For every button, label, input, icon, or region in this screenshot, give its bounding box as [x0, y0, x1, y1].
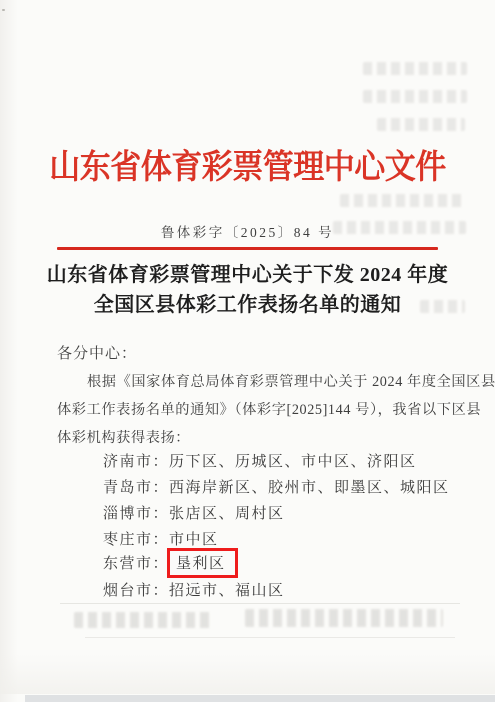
salutation: 各分中心： — [57, 342, 137, 363]
district-list: 历下区、历城区、市中区、济阳区 — [169, 454, 417, 470]
district-list: 招远市、福山区 — [169, 583, 285, 599]
scanned-document-page: 山东省体育彩票管理中心文件 鲁体彩字〔2025〕84 号 山东省体育彩票管理中心… — [0, 0, 495, 702]
document-number: 鲁体彩字〔2025〕84 号 — [0, 221, 495, 241]
page-edge-shading — [0, 0, 18, 702]
district-list: 西海岸新区、胶州市、即墨区、城阳区 — [169, 480, 450, 496]
city-label: 济南市： — [103, 454, 169, 470]
paragraph-line: 体彩工作表扬名单的通知》（体彩字[2025]144 号），我省以下区县 — [57, 399, 481, 419]
scan-hairline — [60, 603, 460, 604]
bleedthrough-text — [363, 62, 467, 75]
district-list: 张店区、周村区 — [169, 506, 285, 522]
red-rule-divider — [57, 247, 438, 250]
district-list: 市中区 — [169, 532, 219, 548]
bleedthrough-text — [340, 194, 466, 207]
scan-speck — [2, 9, 5, 11]
highlight-annotation-box: 垦利区 — [167, 548, 238, 578]
list-item: 淄博市：张店区、周村区 — [103, 502, 285, 523]
page-edge-shading — [0, 654, 495, 694]
city-label: 枣庄市： — [103, 532, 169, 548]
city-label: 东营市： — [103, 556, 169, 572]
city-label: 烟台市： — [103, 583, 169, 599]
paragraph-line: 体彩机构获得表扬： — [57, 427, 190, 447]
paragraph-line: 根据《国家体育总局体育彩票管理中心关于 2024 年度全国区县 — [57, 371, 495, 391]
bleedthrough-text — [245, 609, 443, 627]
district-list: 垦利区 — [176, 556, 226, 572]
bleedthrough-text — [363, 90, 467, 103]
notice-title-line2: 全国区县体彩工作表扬名单的通知 — [20, 290, 475, 320]
list-item: 青岛市：西海岸新区、胶州市、即墨区、城阳区 — [103, 476, 450, 497]
scan-hairline — [85, 637, 455, 638]
list-item: 烟台市：招远市、福山区 — [103, 579, 285, 600]
scan-edge-strip — [25, 695, 495, 702]
bleedthrough-text — [377, 118, 465, 131]
list-item: 东营市：垦利区 — [103, 552, 238, 573]
notice-title: 山东省体育彩票管理中心关于下发 2024 年度 全国区县体彩工作表扬名单的通知 — [20, 260, 475, 320]
notice-title-line1: 山东省体育彩票管理中心关于下发 2024 年度 — [20, 260, 475, 290]
city-label: 青岛市： — [103, 480, 169, 496]
list-item: 济南市：历下区、历城区、市中区、济阳区 — [103, 450, 417, 471]
city-label: 淄博市： — [103, 506, 169, 522]
bleedthrough-text — [74, 612, 214, 628]
list-item: 枣庄市：市中区 — [103, 528, 219, 549]
masthead-title: 山东省体育彩票管理中心文件 — [0, 139, 495, 188]
